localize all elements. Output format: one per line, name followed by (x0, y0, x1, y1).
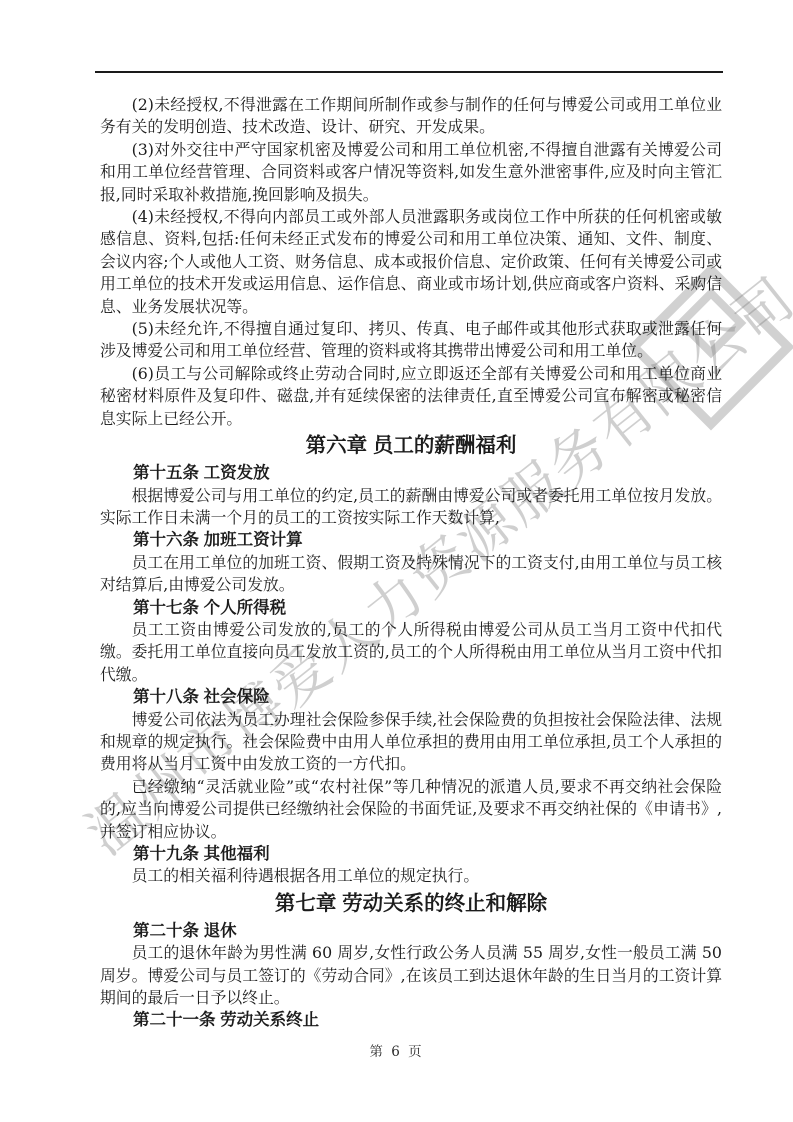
document-page: 温州市博爱人力资源服务有限公司 (2)未经授权,不得泄露在工作期间所制作或参与制… (0, 0, 793, 1122)
article-heading: 第二十一条 劳动关系终止 (100, 1009, 722, 1031)
header-divider (95, 71, 723, 73)
paragraph: (2)未经授权,不得泄露在工作期间所制作或参与制作的任何与博爱公司或用工单位业务… (100, 94, 722, 139)
paragraph: (5)未经允许,不得擅自通过复印、拷贝、传真、电子邮件或其他形式获取或泄露任何涉… (100, 318, 722, 363)
document-body: (2)未经授权,不得泄露在工作期间所制作或参与制作的任何与博爱公司或用工单位业务… (100, 94, 722, 1032)
paragraph: 博爱公司依法为员工办理社会保险参保手续,社会保险费的负担按社会保险法律、法规和规… (100, 709, 722, 776)
paragraph: (4)未经授权,不得向内部员工或外部人员泄露职务或岗位工作中所获的任何机密或敏感… (100, 206, 722, 318)
chapter-heading: 第七章 劳动关系的终止和解除 (100, 891, 722, 917)
paragraph: 根据博爱公司与用工单位的约定,员工的薪酬由博爱公司或者委托用工单位按月发放。实际… (100, 485, 722, 530)
paragraph: 已经缴纳“灵活就业险”或“农村社保”等几种情况的派遣人员,要求不再交纳社会保险的… (100, 776, 722, 843)
paragraph: 员工的退休年龄为男性满 60 周岁,女性行政公务人员满 55 周岁,女性一般员工… (100, 942, 722, 1009)
paragraph: 员工工资由博爱公司发放的,员工的个人所得税由博爱公司从员工当月工资中代扣代缴。委… (100, 619, 722, 686)
paragraph: 员工的相关福利待遇根据各用工单位的规定执行。 (100, 865, 722, 887)
paragraph: (6)员工与公司解除或终止劳动合同时,应立即返还全部有关博爱公司和用工单位商业秘… (100, 363, 722, 430)
article-heading: 第十六条 加班工资计算 (100, 529, 722, 551)
article-heading: 第十九条 其他福利 (100, 843, 722, 865)
page-number: 第 6 页 (0, 1040, 793, 1060)
paragraph: 员工在用工单位的加班工资、假期工资及特殊情况下的工资支付,由用工单位与员工核对结… (100, 552, 722, 597)
article-heading: 第十五条 工资发放 (100, 462, 722, 484)
article-heading: 第十七条 个人所得税 (100, 597, 722, 619)
paragraph: (3)对外交往中严守国家机密及博爱公司和用工单位机密,不得擅自泄露有关博爱公司和… (100, 139, 722, 206)
chapter-heading: 第六章 员工的薪酬福利 (100, 433, 722, 459)
article-heading: 第十八条 社会保险 (100, 686, 722, 708)
article-heading: 第二十条 退休 (100, 920, 722, 942)
